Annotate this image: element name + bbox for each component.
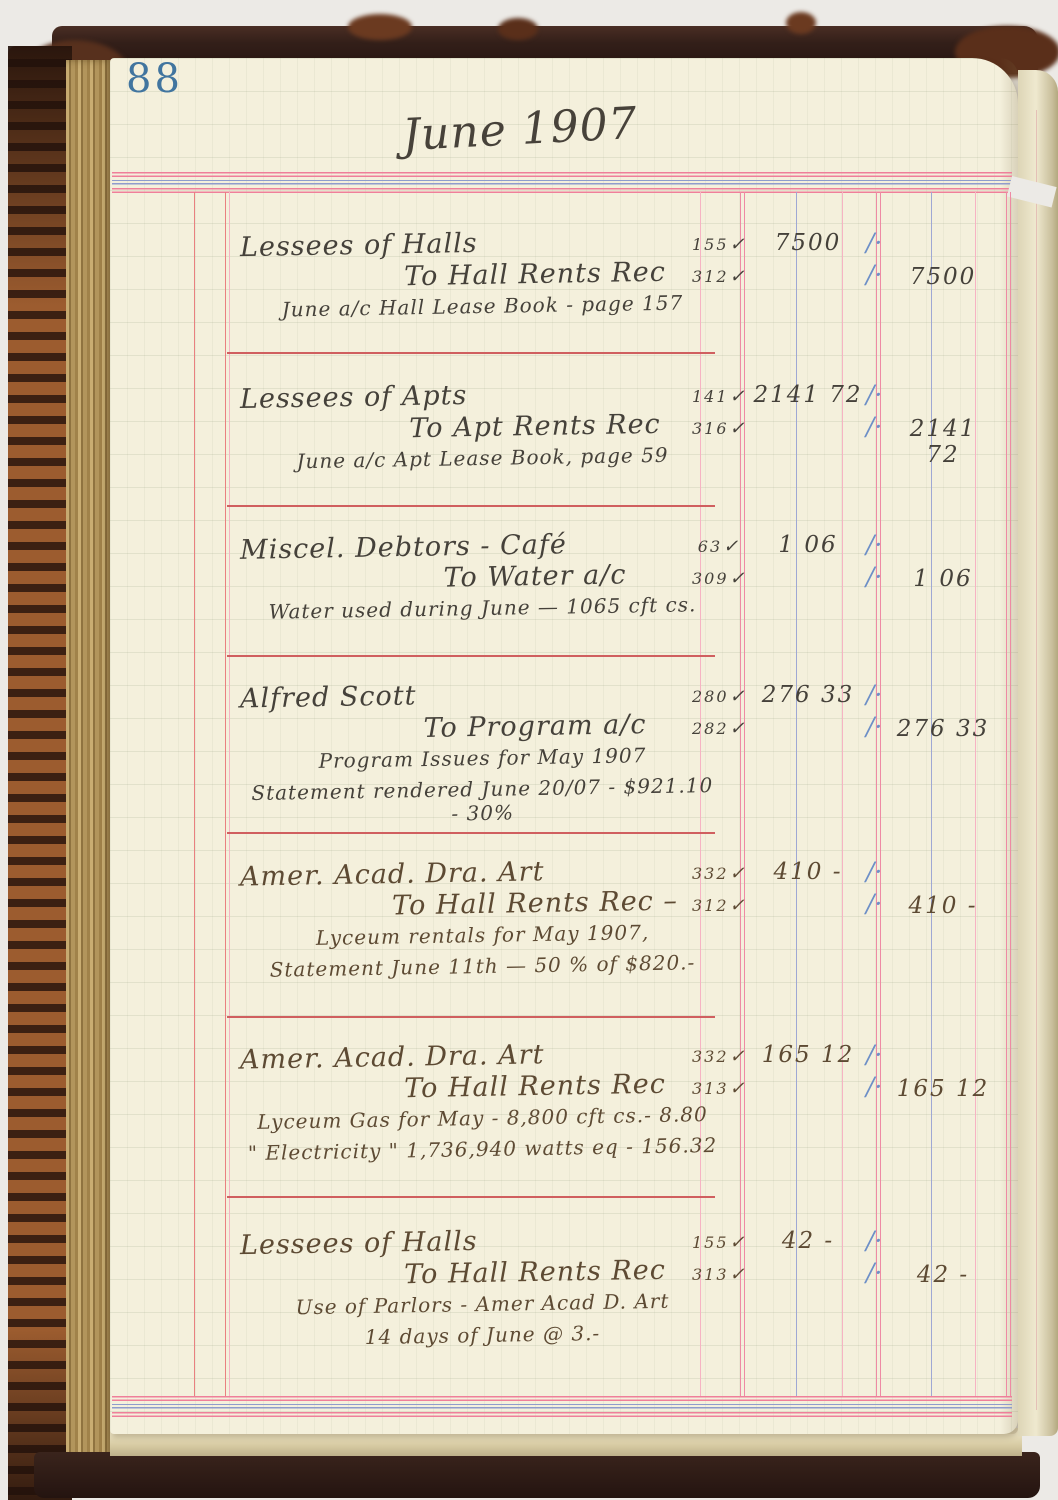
entry-contra-account: To Hall Rents Rec — [370, 1254, 700, 1291]
posting-mark-credit-icon: /· — [866, 260, 890, 289]
entry-debit-amount: 410 - — [752, 859, 864, 885]
entry-contra-account: To Hall Rents Rec — [370, 256, 700, 293]
entry-debit-amount: 276 33 — [752, 682, 864, 708]
checkmark-icon: ✓ — [730, 686, 747, 707]
entry-memo-line: Lyceum rentals for May 1907, — [245, 919, 720, 951]
entry-account-name: Amer. Acad. Dra. Art — [240, 1039, 545, 1075]
posting-mark-debit-icon: /· — [866, 1040, 890, 1069]
entry-folio-ref-credit: 312✓ — [692, 895, 746, 916]
entry-credit-amount: 276 33 — [896, 716, 990, 742]
ledger-entry: Amer. Acad. Dra. Art 332✓ 410 - /· To Ha… — [0, 857, 1058, 987]
entry-folio-ref-credit: 316✓ — [692, 418, 746, 439]
posting-mark-credit-icon: /· — [866, 1258, 890, 1287]
entry-credit-amount: 2141 72 — [896, 416, 990, 468]
entry-credit-amount: 7500 — [896, 264, 990, 290]
leather-cover-bottom-edge — [34, 1452, 1040, 1498]
entry-contra-account: To Water a/c — [370, 558, 700, 595]
checkmark-icon: ✓ — [730, 234, 747, 255]
ledger-book-photo: 88 June 1907 Lessees of Halls 155✓ 7500 … — [0, 0, 1058, 1500]
entry-memo-line: Statement rendered June 20/07 - $921.10 … — [245, 773, 721, 829]
entry-contra-account: To Program a/c — [370, 708, 700, 745]
checkmark-icon: ✓ — [730, 418, 747, 439]
checkmark-icon: ✓ — [730, 568, 747, 589]
entry-debit-amount: 1 06 — [752, 532, 864, 558]
entry-account-name: Lessees of Apts — [240, 380, 468, 415]
entry-memo-line: Program Issues for May 1907 — [245, 742, 720, 774]
entry-memo-line: Lyceum Gas for May - 8,800 cft cs.- 8.80 — [245, 1102, 720, 1134]
entry-folio-ref-credit: 312✓ — [692, 266, 746, 287]
entry-memo-line: June a/c Apt Lease Book, page 59 — [245, 442, 720, 474]
entry-contra-account: To Hall Rents Rec – — [370, 885, 700, 922]
frayed-leather-bit — [786, 12, 816, 34]
checkmark-icon: ✓ — [730, 863, 747, 884]
posting-mark-credit-icon: /· — [866, 562, 890, 591]
ledger-entry: Amer. Acad. Dra. Art 332✓ 165 12 /· To H… — [0, 1040, 1058, 1170]
entry-account-name: Lessees of Halls — [240, 1226, 478, 1261]
checkmark-icon: ✓ — [730, 718, 747, 739]
checkmark-icon: ✓ — [730, 266, 747, 287]
posting-mark-debit-icon: /· — [866, 228, 890, 257]
ledger-entry: Lessees of Apts 141✓ 2141 72 /· To Apt R… — [0, 380, 1058, 510]
entry-folio-ref-debit: 280✓ — [692, 686, 746, 707]
posting-mark-debit-icon: /· — [866, 1226, 890, 1255]
checkmark-icon: ✓ — [723, 536, 740, 557]
entry-folio-ref-debit: 155✓ — [692, 1232, 746, 1253]
entry-folio-ref-debit: 155✓ — [692, 234, 746, 255]
entry-folio-ref-credit: 313✓ — [692, 1078, 746, 1099]
entry-folio-ref-credit: 309✓ — [692, 568, 746, 589]
entry-memo-line: Statement June 11th — 50 % of $820.- — [245, 950, 720, 982]
entry-memo-line: June a/c Hall Lease Book - page 157 — [245, 290, 720, 322]
entry-contra-account: To Hall Rents Rec — [370, 1068, 700, 1105]
entry-folio-ref-debit: 332✓ — [692, 863, 746, 884]
frayed-leather-bit — [498, 18, 538, 40]
posting-mark-credit-icon: /· — [866, 1072, 890, 1101]
entry-folio-ref-credit: 313✓ — [692, 1264, 746, 1285]
entry-folio-ref-debit: 141✓ — [692, 386, 746, 407]
page-number: 88 — [126, 56, 183, 102]
checkmark-icon: ✓ — [730, 1046, 747, 1067]
entry-credit-amount: 42 - — [896, 1262, 990, 1288]
ledger-entry: Lessees of Halls 155✓ 42 - /· To Hall Re… — [0, 1226, 1058, 1356]
entry-contra-account: To Apt Rents Rec — [370, 408, 700, 445]
entry-account-name: Amer. Acad. Dra. Art — [240, 856, 545, 892]
entry-folio-ref-credit: 282✓ — [692, 718, 746, 739]
entry-folio-ref-debit: 332✓ — [692, 1046, 746, 1067]
entry-debit-amount: 2141 72 — [752, 382, 864, 408]
entry-account-name: Lessees of Halls — [240, 228, 478, 263]
entry-separator-rule — [227, 1196, 715, 1198]
entry-memo-line: 14 days of June @ 3.- — [245, 1319, 720, 1351]
posting-mark-debit-icon: /· — [866, 857, 890, 886]
footer-ruling-band — [112, 1396, 1012, 1417]
entry-account-name: Alfred Scott — [240, 680, 417, 714]
entry-folio-ref-debit: 63✓ — [692, 536, 746, 557]
entry-memo-line: " Electricity " 1,736,940 watts eq - 156… — [245, 1133, 720, 1165]
checkmark-icon: ✓ — [730, 1232, 747, 1253]
entry-debit-amount: 7500 — [752, 230, 864, 256]
entry-memo-line: Water used during June — 1065 cft cs. — [245, 592, 720, 624]
checkmark-icon: ✓ — [730, 1264, 747, 1285]
posting-mark-debit-icon: /· — [866, 380, 890, 409]
posting-mark-credit-icon: /· — [866, 712, 890, 741]
ledger-entry: Alfred Scott 280✓ 276 33 /· To Program a… — [0, 680, 1058, 810]
frayed-leather-bit — [348, 14, 412, 40]
entry-memo-line: Use of Parlors - Amer Acad D. Art — [245, 1288, 720, 1320]
checkmark-icon: ✓ — [730, 895, 747, 916]
posting-mark-credit-icon: /· — [866, 412, 890, 441]
checkmark-icon: ✓ — [730, 386, 747, 407]
checkmark-icon: ✓ — [730, 1078, 747, 1099]
header-ruling-band — [112, 172, 1012, 193]
entry-separator-rule — [227, 1016, 715, 1018]
posting-mark-debit-icon: /· — [866, 680, 890, 709]
ledger-entry: Lessees of Halls 155✓ 7500 /· To Hall Re… — [0, 228, 1058, 358]
entry-credit-amount: 1 06 — [896, 566, 990, 592]
entry-credit-amount: 410 - — [896, 893, 990, 919]
posting-mark-debit-icon: /· — [866, 530, 890, 559]
entry-debit-amount: 42 - — [752, 1228, 864, 1254]
entry-credit-amount: 165 12 — [896, 1076, 990, 1102]
posting-mark-credit-icon: /· — [866, 889, 890, 918]
entry-separator-rule — [227, 505, 715, 507]
ledger-entry: Miscel. Debtors - Café 63✓ 1 06 /· To Wa… — [0, 530, 1058, 660]
entry-separator-rule — [227, 352, 715, 354]
entry-debit-amount: 165 12 — [752, 1042, 864, 1068]
entry-separator-rule — [227, 832, 715, 834]
entry-separator-rule — [227, 655, 715, 657]
